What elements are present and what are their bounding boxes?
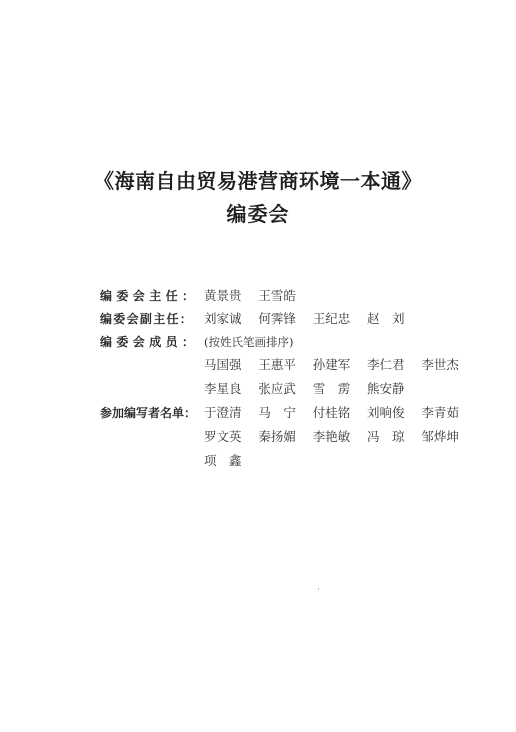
contributor-name: 李青茹 [421,403,459,423]
contributor-name: 刘响俊 [367,403,405,423]
member-name: 李世杰 [421,355,459,375]
deputy-director-name: 王纪忠 [313,309,351,329]
member-name: 雪 雳 [313,379,351,399]
deputy-director-name: 刘家诚 [204,309,242,329]
director-row: 编委会主任： 黄景贵 王雪皓 [100,286,309,306]
contributors-label: 参加编写者名单： [100,403,204,423]
member-name: 李仁君 [367,355,405,375]
members-names-line: 马国强 王惠平 孙建军 李仁君 李世杰 [204,355,472,375]
contributors-names-line: 罗文英 秦扬媚 李艳敏 冯 琼 邹烨坤 [204,427,472,447]
contributor-name: 冯 琼 [367,427,405,447]
member-name: 马国强 [204,355,242,375]
deputy-director-name: 赵 刘 [367,309,405,329]
member-name: 张应武 [258,379,296,399]
member-name: 熊安静 [367,379,405,399]
members-row: 编委会成员：(按姓氏笔画排序) [100,332,293,352]
contributor-name: 罗文英 [204,427,242,447]
contributors-names-line: 项 鑫 [204,451,255,471]
director-name: 黄景贵 [204,286,242,306]
member-name: 王惠平 [258,355,296,375]
contributor-name: 于澄清 [204,403,242,423]
deputy-director-row: 编委会副主任： 刘家诚 何霁锋 王纪忠 赵 刘 [100,309,418,329]
contributors-row: 参加编写者名单： 于澄清 马 宁 付桂铭 刘响俊 李青茹 [100,403,472,423]
contributor-name: 邹烨坤 [421,427,459,447]
book-title: 《海南自由贸易港营商环境一本通》 [0,165,516,194]
members-label: 编委会成员： [100,332,204,352]
deputy-director-label: 编委会副主任： [100,309,204,329]
member-name: 李星良 [204,379,242,399]
member-name: 孙建军 [313,355,351,375]
contributor-name: 付桂铭 [313,403,351,423]
members-names-line: 李星良 张应武 雪 雳 熊安静 [204,379,418,399]
deputy-director-name: 何霁锋 [258,309,296,329]
scan-speck [318,588,319,590]
contributor-name: 李艳敏 [313,427,351,447]
committee-heading: 编委会 [0,198,516,227]
members-order-note: (按姓氏笔画排序) [204,335,293,349]
contributor-name: 马 宁 [258,403,296,423]
director-name: 王雪皓 [258,286,296,306]
director-label: 编委会主任： [100,286,204,306]
contributor-name: 秦扬媚 [258,427,296,447]
contributor-name: 项 鑫 [204,451,242,471]
